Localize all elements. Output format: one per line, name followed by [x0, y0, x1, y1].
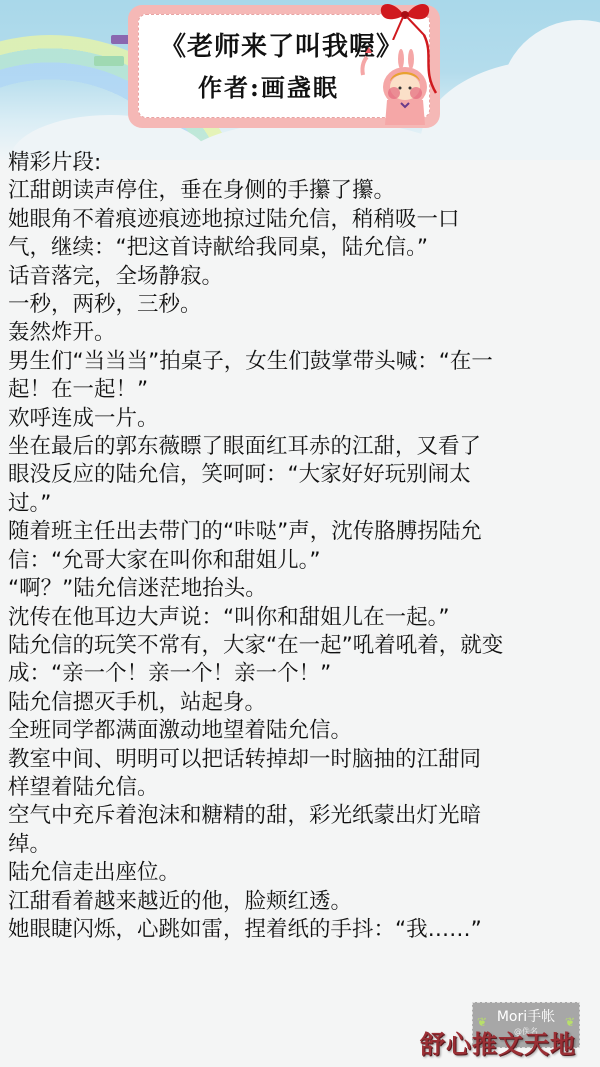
excerpt-line: 信：“允哥大家在叫你和甜姐儿。” — [8, 547, 594, 575]
excerpt-line: 过。” — [8, 490, 594, 518]
excerpt-line: 全班同学都满面激动地望着陆允信。 — [8, 717, 594, 745]
cloud-decoration — [500, 20, 600, 160]
excerpt-line: 欢呼连成一片。 — [8, 405, 594, 433]
excerpt-line: 空气中充斥着泡沫和糖精的甜，彩光纸蒙出灯光暗 — [8, 802, 594, 830]
book-author: 作者:画盏眠 — [198, 68, 339, 103]
excerpt-line: 陆允信摁灭手机，站起身。 — [8, 689, 594, 717]
excerpt-line: 一秒，两秒，三秒。 — [8, 291, 594, 319]
green-tag-decoration — [94, 56, 124, 66]
excerpt-line: 眼没反应的陆允信，笑呵呵：“大家好好玩别闹太 — [8, 461, 594, 489]
excerpt-line: “啊？”陆允信迷茫地抬头。 — [8, 575, 594, 603]
excerpt-line: 样望着陆允信。 — [8, 774, 594, 802]
excerpt-line: 沈传在他耳边大声说：“叫你和甜姐儿在一起。” — [8, 604, 594, 632]
excerpt-line: 男生们“当当当”拍桌子，女生们鼓掌带头喊：“在一 — [8, 348, 594, 376]
excerpt-line: 江甜看着越来越近的他，脸颊红透。 — [8, 888, 594, 916]
excerpt-line: 话音落完，全场静寂。 — [8, 263, 594, 291]
excerpt-line: 坐在最后的郭东薇瞟了眼面红耳赤的江甜，又看了 — [8, 433, 594, 461]
excerpt-line: 她眼睫闪烁，心跳如雷，捏着纸的手抖：“我……” — [8, 916, 594, 944]
red-bow-icon — [375, 0, 435, 40]
header-banner: 《老师来了叫我喔》 作者:画盏眠 — [0, 0, 600, 160]
excerpt-line: 轰然炸开。 — [8, 319, 594, 347]
excerpt-line: 气，继续：“把这首诗献给我同桌，陆允信。” — [8, 234, 594, 262]
excerpt-line: 成：“亲一个！亲一个！亲一个！” — [8, 660, 594, 688]
excerpt-line: 陆允信走出座位。 — [8, 859, 594, 887]
excerpt-line: 绰。 — [8, 831, 594, 859]
excerpt-line: 江甜朗读声停住，垂在身侧的手攥了攥。 — [8, 177, 594, 205]
site-watermark: 舒心推文天地 — [420, 1025, 576, 1061]
excerpt-line: 起！在一起！” — [8, 376, 594, 404]
excerpt-line: 教室中间、明明可以把话转掉却一时脑抽的江甜同 — [8, 746, 594, 774]
excerpt-line: 陆允信的玩笑不常有，大家“在一起”吼着吼着，就变 — [8, 632, 594, 660]
mori-label: Mori手帐 — [473, 1007, 579, 1027]
excerpt-text: 精彩片段: 江甜朗读声停住，垂在身侧的手攥了攥。 她眼角不着痕迹痕迹地掠过陆允信… — [8, 149, 594, 944]
excerpt-line: 她眼角不着痕迹痕迹地掠过陆允信，稍稍吸一口 — [8, 206, 594, 234]
excerpt-heading: 精彩片段: — [8, 149, 594, 177]
excerpt-line: 随着班主任出去带门的“咔哒”声，沈传胳膊拐陆允 — [8, 518, 594, 546]
girl-illustration-icon — [355, 45, 430, 125]
